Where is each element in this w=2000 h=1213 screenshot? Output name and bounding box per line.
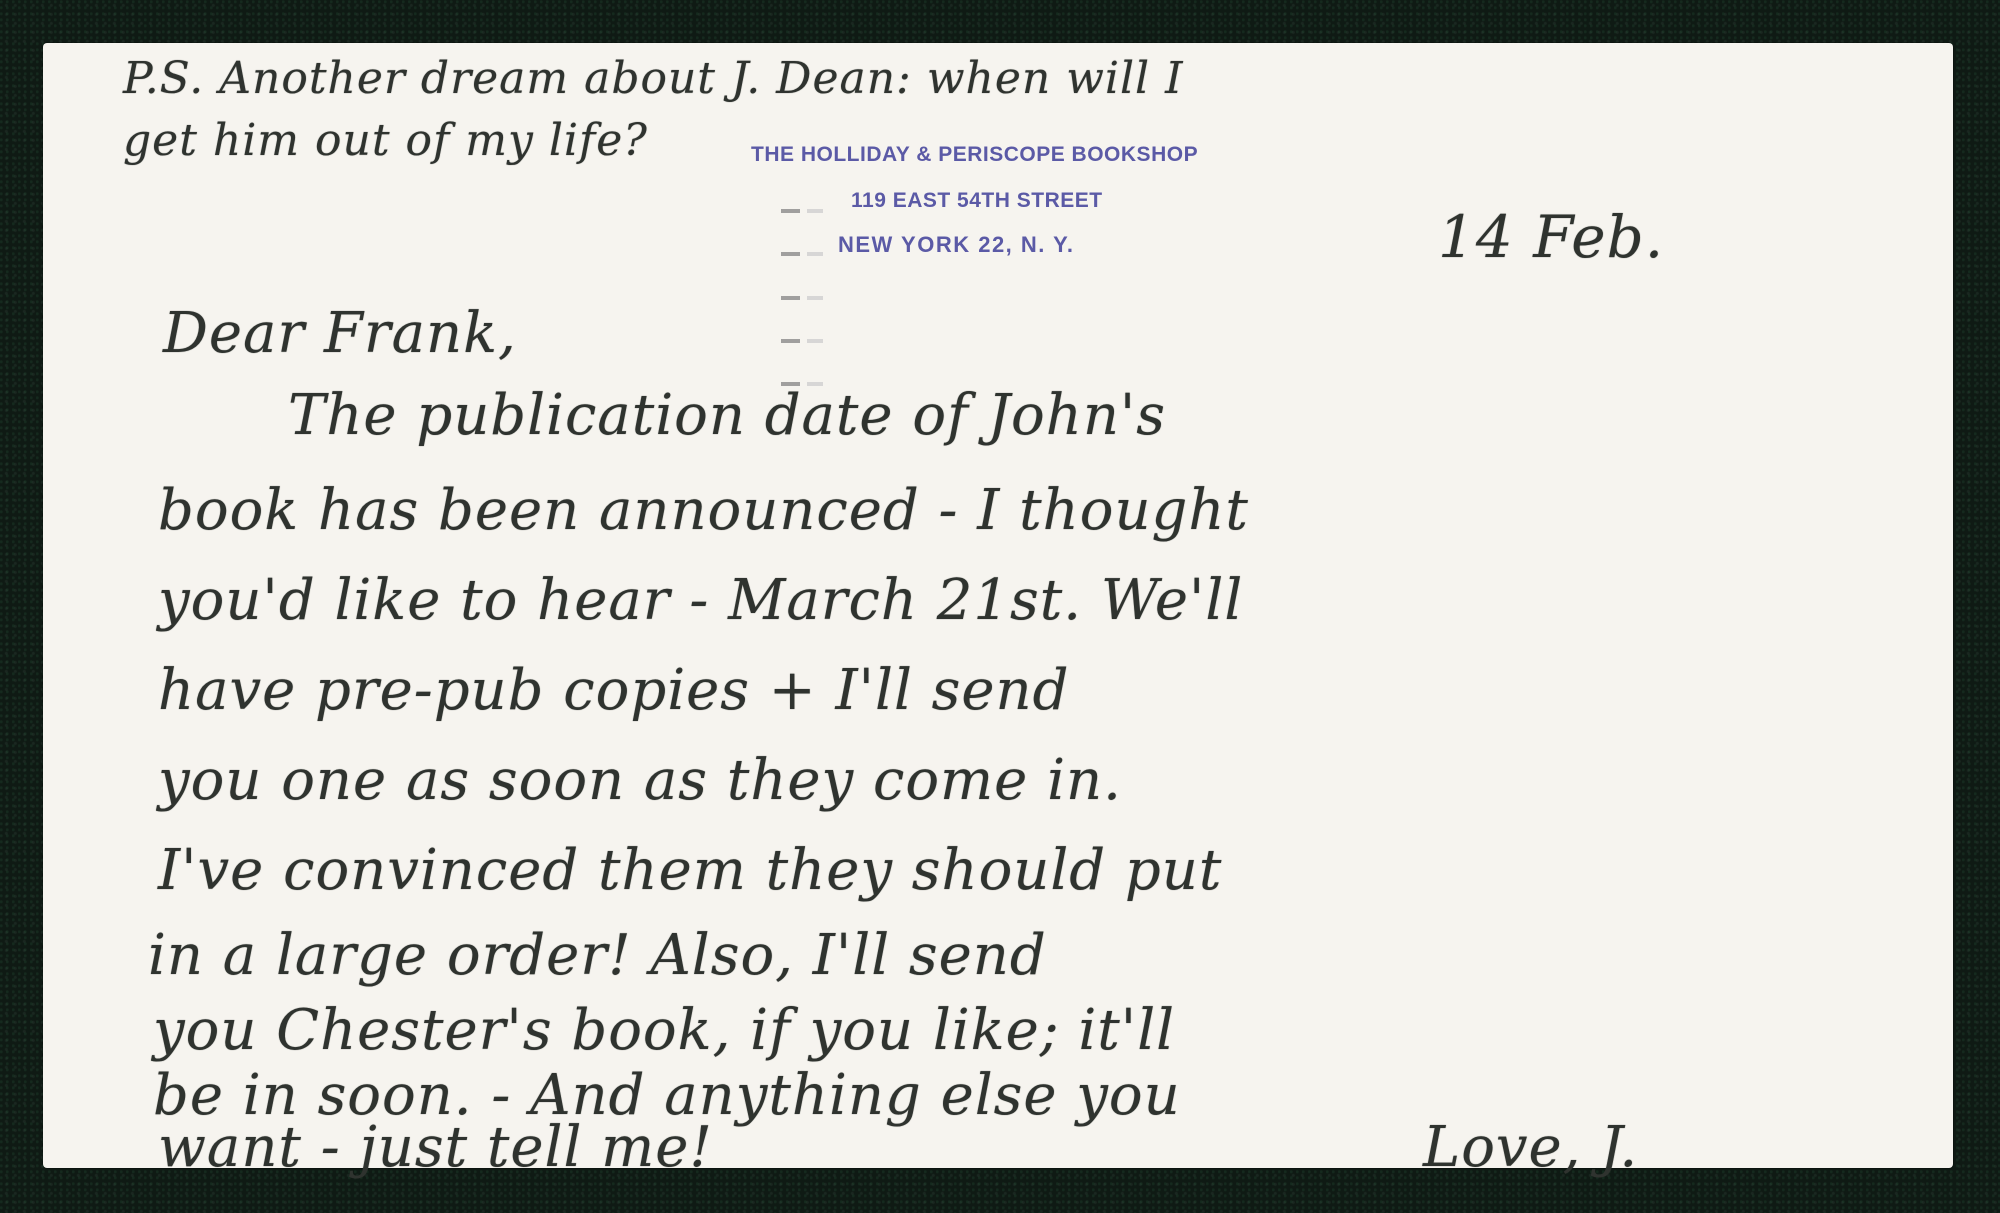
body-line-3: you'd like to hear - March 21st. We'll [158,568,1243,633]
postscript-line-1: P.S. Another dream about J. Dean: when w… [123,53,1183,104]
salutation: Dear Frank, [163,301,517,366]
body-line-8: you Chester's book, if you like; it'll [153,998,1175,1063]
body-line-2: book has been announced - I thought [158,478,1249,543]
closing-signature: Love, J. [1423,1115,1638,1180]
body-line-7: in a large order! Also, I'll send [148,923,1047,988]
perforation-mark [781,209,823,213]
perforation-mark [781,339,823,343]
postcard: P.S. Another dream about J. Dean: when w… [43,43,1953,1168]
perforation-mark [781,252,823,256]
letterhead-street: 119 EAST 54TH STREET [851,189,1103,213]
body-line-10: want - just tell me! [158,1115,713,1180]
perforation-mark [781,296,823,300]
letterhead-name: THE HOLLIDAY & PERISCOPE BOOKSHOP [751,143,1198,167]
letter-date: 14 Feb. [1438,203,1664,271]
body-line-5: you one as soon as they come in. [158,748,1122,813]
letterhead-city: NEW YORK 22, N. Y. [838,232,1074,258]
body-line-6: I've convinced them they should put [158,838,1222,903]
body-line-1: The publication date of John's [288,383,1166,448]
body-line-4: have pre-pub copies + I'll send [158,658,1069,723]
postscript-line-2: get him out of my life? [123,115,648,166]
